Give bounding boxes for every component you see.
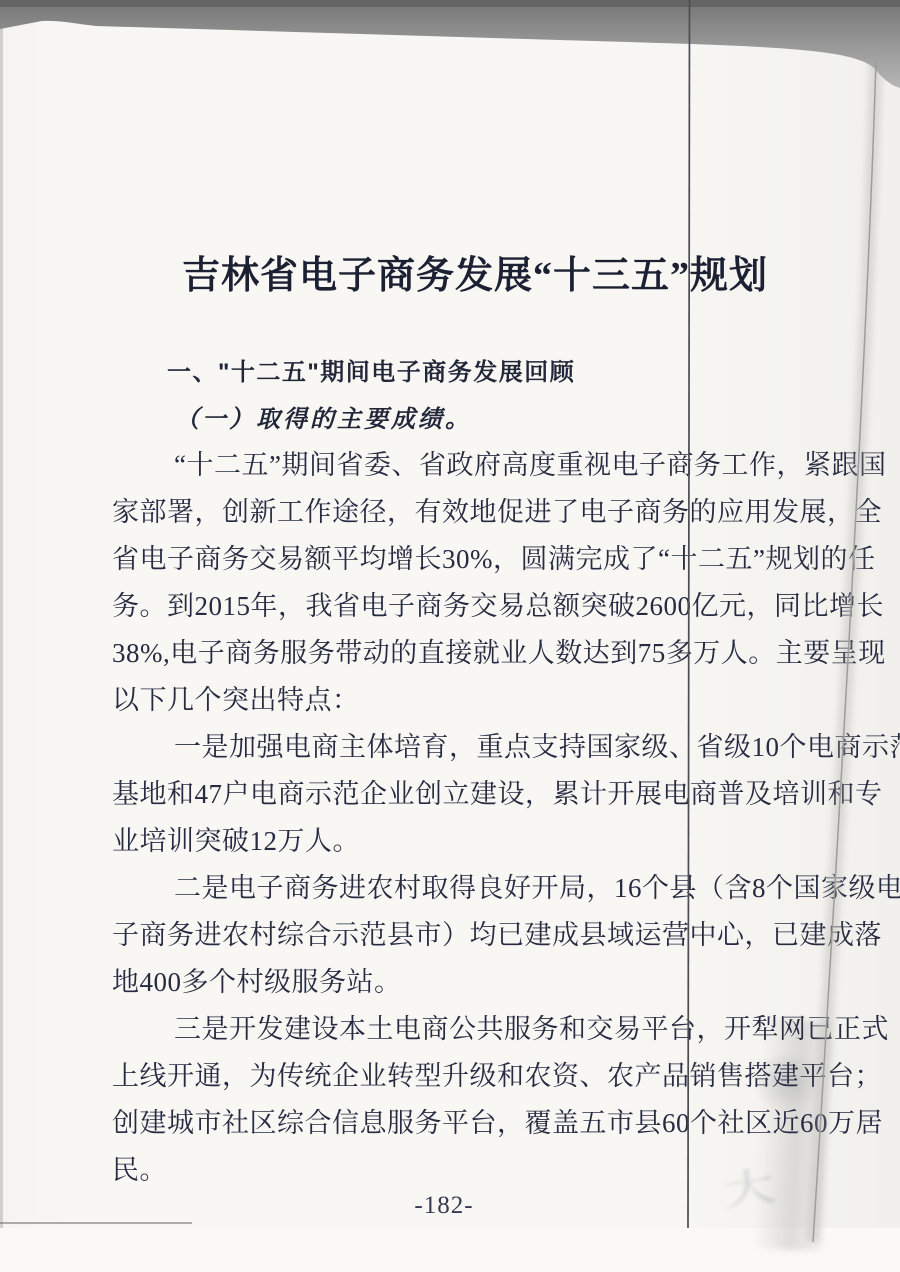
paragraph-line: 三是开发建设本土电商公共服务和交易平台，开犁网已正式 (112, 1006, 806, 1053)
paragraph-line: 一是加强电商主体培育，重点支持国家级、省级10个电商示范 (112, 724, 806, 771)
section-heading: 一、"十二五"期间电子商务发展回顾 (167, 352, 575, 387)
paragraph-line: 业培训突破12万人。 (112, 818, 806, 865)
paragraph-line: 务。到2015年，我省电子商务交易总额突破2600亿元，同比增长 (112, 583, 806, 630)
paragraph-line: 上线开通，为传统企业转型升级和农资、农产品销售搭建平台； (112, 1053, 806, 1100)
paragraph-line: 省电子商务交易额平均增长30%，圆满完成了“十二五”规划的任 (112, 536, 806, 583)
bottom-page-gap (0, 1228, 900, 1272)
bottom-page-edge-line (0, 1222, 192, 1224)
top-scan-band (0, 0, 900, 88)
top-scan-edge (0, 0, 900, 7)
paragraph-line: 二是电子商务进农村取得良好开局，16个县（含8个国家级电 (112, 865, 806, 912)
paragraph-line: 地400多个村级服务站。 (112, 959, 806, 1006)
paragraph-line: 38%,电子商务服务带动的直接就业人数达到75多万人。主要呈现 (112, 630, 806, 677)
paragraph-line: 家部署，创新工作途径，有效地促进了电子商务的应用发展，全 (112, 489, 806, 536)
scanned-document-page: 大 吉林省电子商务发展“十三五”规划 一、"十二五"期间电子商务发展回顾 （一）… (0, 0, 900, 1272)
document-title: 吉林省电子商务发展“十三五”规划 (0, 254, 900, 300)
paragraph-line: 民。 (112, 1147, 806, 1194)
body-text: “十二五”期间省委、省政府高度重视电子商务工作，紧跟国 家部署，创新工作途径，有… (112, 442, 806, 1194)
paragraph-line: “十二五”期间省委、省政府高度重视电子商务工作，紧跟国 (112, 442, 806, 489)
left-scan-edge (0, 20, 3, 1272)
subsection-heading: （一）取得的主要成绩。 (175, 399, 472, 434)
paragraph-line: 创建城市社区综合信息服务平台，覆盖五市县60个社区近60万居 (112, 1100, 806, 1147)
paragraph-line: 基地和47户电商示范企业创立建设，累计开展电商普及培训和专 (112, 771, 806, 818)
page-number: -182- (0, 1192, 888, 1220)
paragraph-line: 子商务进农村综合示范县市）均已建成县域运营中心，已建成落 (112, 912, 806, 959)
paragraph-line: 以下几个突出特点： (112, 677, 806, 724)
